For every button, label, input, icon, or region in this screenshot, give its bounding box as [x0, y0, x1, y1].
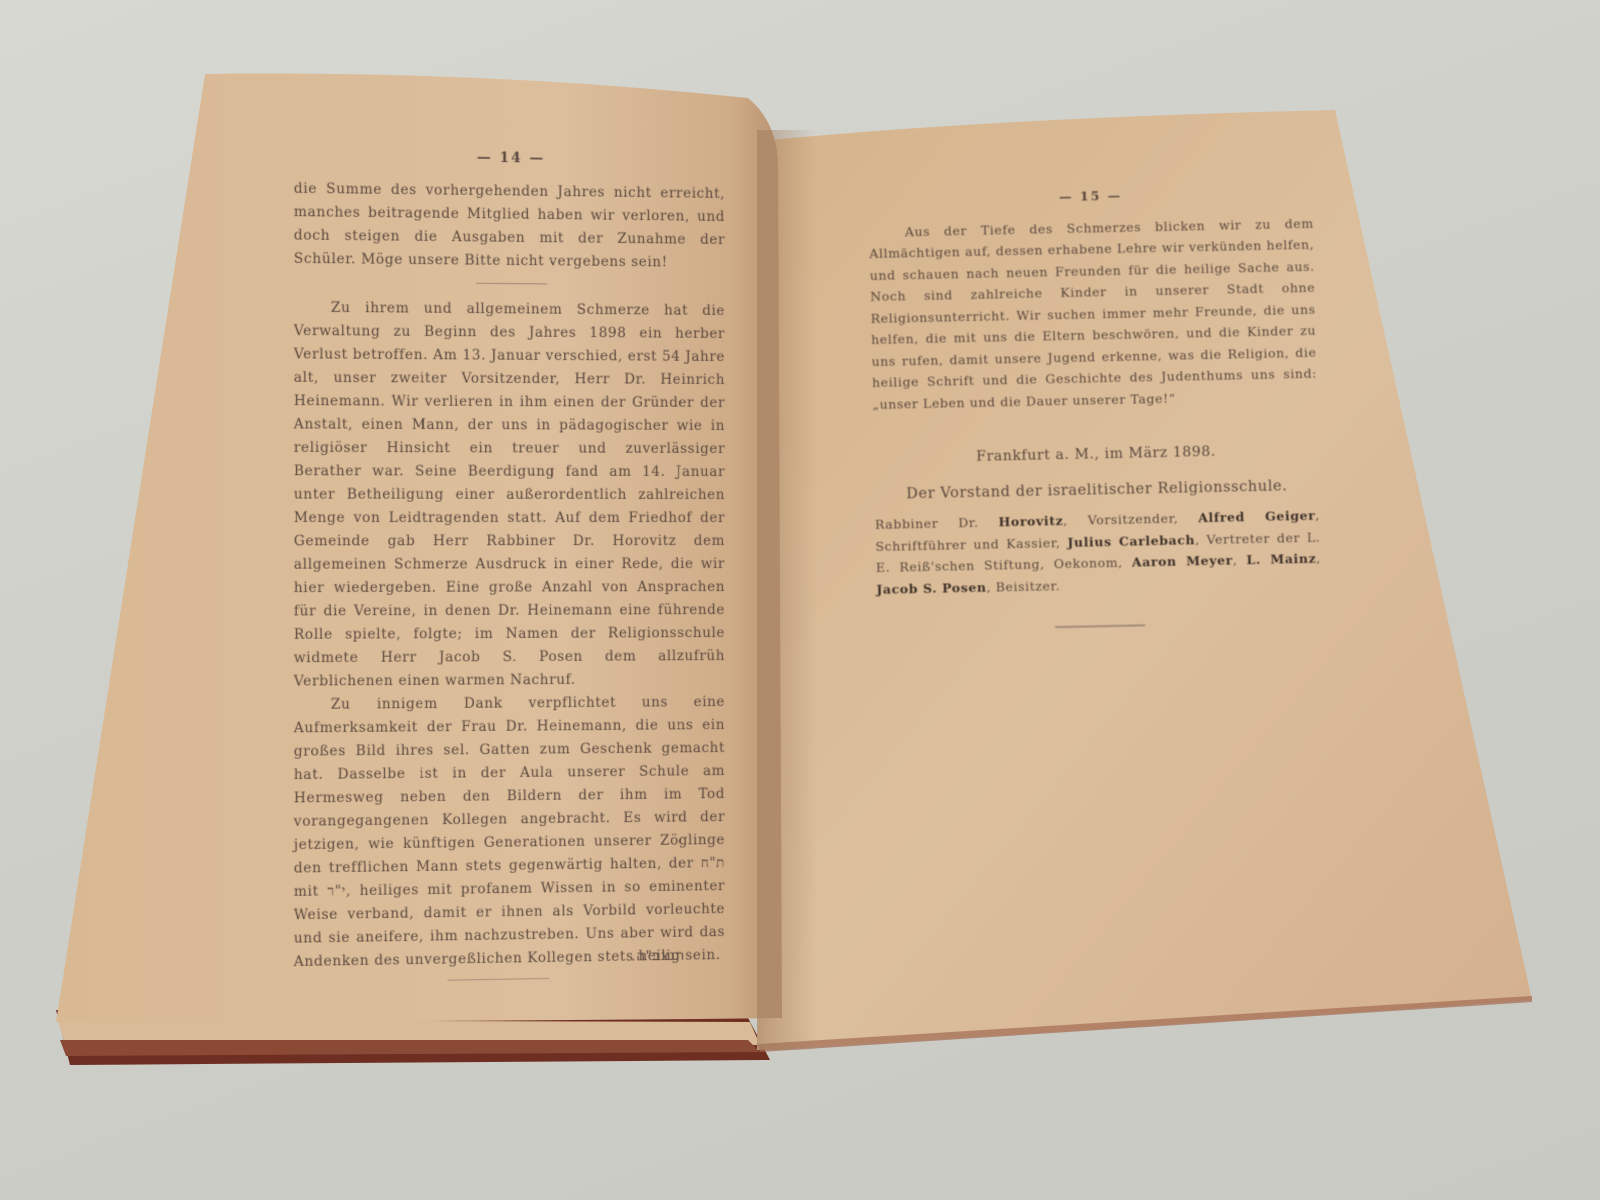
member-name: L. Mainz	[1246, 551, 1316, 567]
paragraph: Zu innigem Dank verpflichtet uns eine Au…	[294, 691, 725, 974]
member-name: Alfred Geiger	[1198, 508, 1315, 525]
left-page-text: — 14 — die Summe des vorhergehenden Jahr…	[294, 144, 725, 983]
hebrew-closing: תנצב"ה.	[631, 948, 685, 965]
divider	[476, 283, 547, 285]
page-number-14: — 14 —	[294, 144, 725, 173]
paragraph: die Summe des vorhergehenden Jahres nich…	[294, 178, 725, 275]
member-role: ,	[1316, 551, 1321, 566]
board-members: Rabbiner Dr. Horovitz, Vorsitzender, Alf…	[875, 505, 1322, 600]
dateline: Frankfurt a. M., im März 1898.	[873, 440, 1318, 471]
member-role: , Vorsitzender,	[1063, 510, 1198, 528]
right-page-text: — 15 — Aus der Tiefe des Schmerzes blick…	[868, 181, 1322, 632]
member-role: ,	[1233, 552, 1247, 567]
member-name: Jacob S. Posen	[876, 579, 987, 596]
member-name: Horovitz	[998, 513, 1063, 529]
board-title: Der Vorstand der israelitischer Religion…	[874, 475, 1319, 506]
member-name: Julius Carlebach	[1067, 532, 1195, 550]
member-role: , Beisitzer.	[986, 578, 1060, 595]
member-role: Rabbiner Dr.	[875, 515, 979, 532]
paragraph: Aus der Tiefe des Schmerzes blicken wir …	[869, 212, 1318, 415]
paragraph: Zu ihrem und allgemeinem Schmerze hat di…	[294, 296, 725, 693]
member-name: Aaron Meyer	[1132, 552, 1233, 569]
open-book	[0, 0, 1600, 1200]
photo-scene: — 14 — die Summe des vorhergehenden Jahr…	[0, 0, 1600, 1200]
